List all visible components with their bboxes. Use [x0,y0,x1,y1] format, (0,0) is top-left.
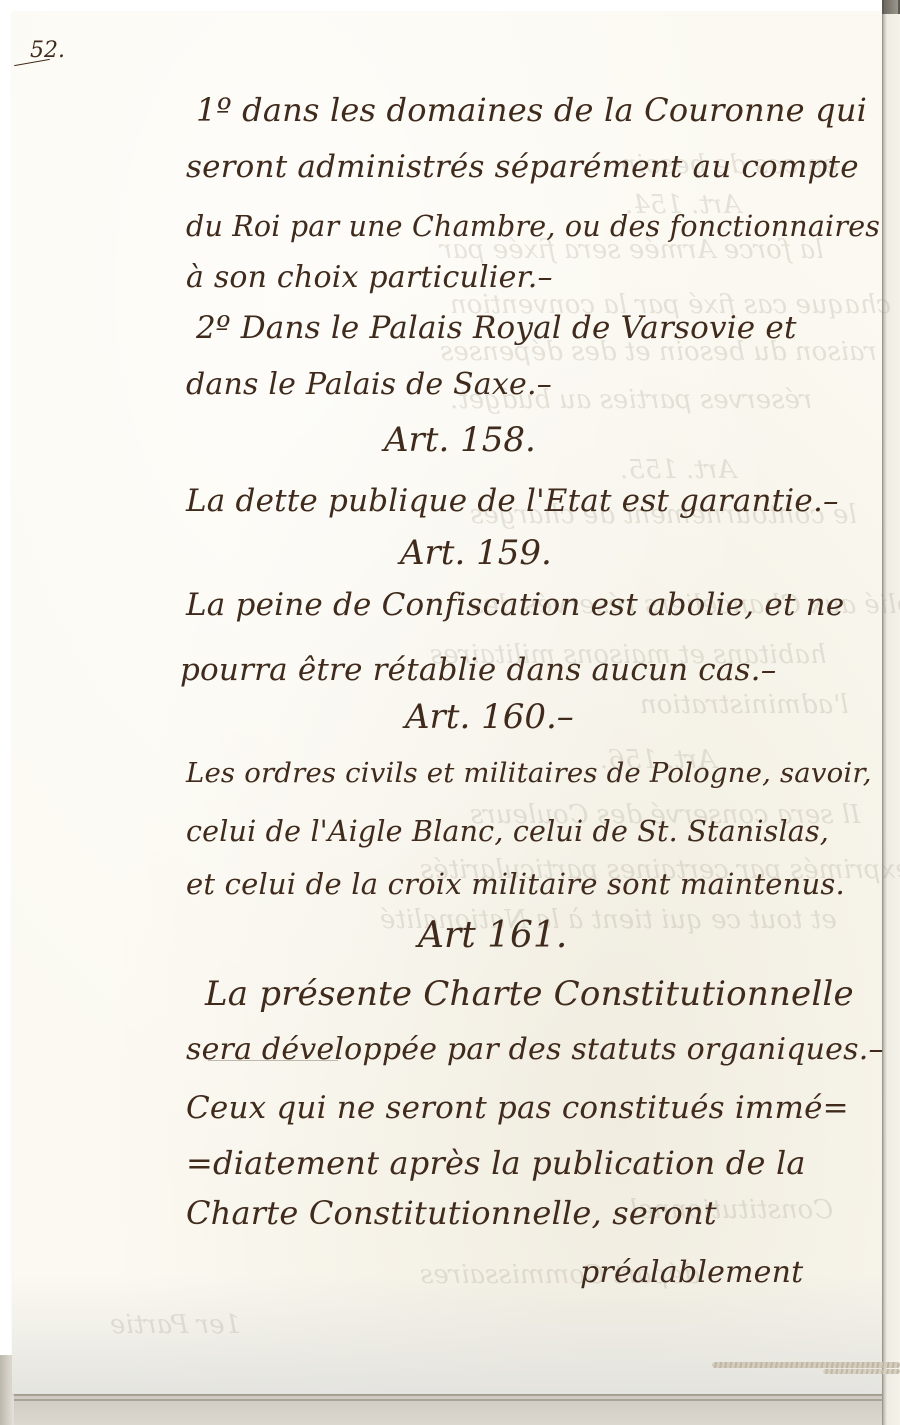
binding-thread [823,1369,900,1374]
article-heading-159: Art. 159. [400,533,552,573]
text-line: pourra être rétablie dans aucun cas.– [180,655,776,686]
text-line: 1º dans les domaines de la Couronne qui [196,94,867,126]
text-line: Ceux qui ne seront pas constitués immé= [186,1093,849,1124]
binding-thread [712,1362,900,1368]
text-line: celui de l'Aigle Blanc, celui de St. Sta… [186,818,829,847]
page-shadow [12,1274,882,1394]
text-line: Les ordres civils et militaires de Polog… [186,760,872,788]
article-heading-158: Art. 158. [384,420,536,460]
text-line: =diatement après la publication de la [186,1147,806,1179]
text-line: 2º Dans le Palais Royal de Varsovie et [196,313,797,344]
binding-shadow [884,0,898,14]
text-line: seront administrés séparément au compte [186,152,859,183]
text-line: et celui de la croix militaire sont main… [186,870,845,899]
article-heading-160: Art. 160.– [405,697,574,737]
text-line: du Roi par une Chambre, ou des fonctionn… [186,213,880,242]
text-line: La présente Charte Constitutionnelle [205,977,854,1011]
text-line: Charte Constitutionnelle, seront [186,1197,717,1229]
text-line: à son choix particulier.– [186,263,553,293]
manuscript-scan: en cas de besoinArt. 154.la force Armée … [0,0,900,1425]
catchword: préalablement [580,1258,803,1288]
text-line: dans le Palais de Saxe.– [186,370,552,400]
text-line: La peine de Confiscation est abolie, et … [186,590,844,621]
pencil-underline [208,1060,338,1061]
page-edge-line [4,1399,900,1401]
article-heading-161: Art 161. [418,915,567,956]
facing-page-edge [882,0,900,1425]
text-line: La dette publique de l'Etat est garantie… [186,486,839,517]
